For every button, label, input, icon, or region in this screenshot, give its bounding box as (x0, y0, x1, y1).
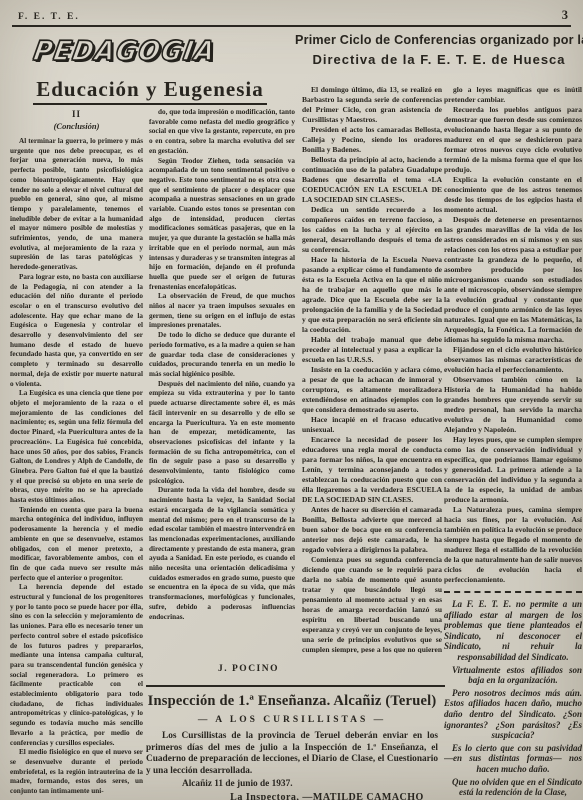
article-paragraph: Habla del trabajo manual que debe preced… (302, 335, 442, 365)
article-paragraph: Observamos también cómo en la Historia d… (444, 375, 582, 435)
conference-column-1: El domingo último, día 13, se realizó en… (302, 85, 442, 653)
article-paragraph: Bellosta da principio al acto, haciendo … (302, 155, 442, 205)
editorial-paragraph: Pero nosotros decimos más aún. Estos afi… (444, 688, 582, 741)
article-headline-text: Educación y Eugenesia (33, 77, 267, 105)
article-paragraph: El domingo último, día 13, se realizó en… (302, 85, 442, 125)
article-paragraph: Para lograr esto, no basta con auxiliars… (10, 273, 143, 389)
inspection-subtitle: — A LOS CURSILLISTAS — (146, 715, 438, 725)
author-signature: J. POCINO (149, 664, 295, 674)
article-paragraph: Hay leyes pues, que se cumplen siempre c… (444, 435, 582, 505)
article-paragraph: El medio fisiológico en que el nuevo ser… (10, 748, 143, 797)
article-paragraph: Dedica un sentido recuerdo a los compañe… (302, 205, 442, 255)
inspection-signature: La Inspectora, —MATILDE CAMACHO (146, 792, 438, 800)
article-paragraph: do, que toda impresión o modificación, t… (149, 108, 295, 157)
article-paragraph: Antes de hacer su diserción el camarada … (302, 505, 442, 555)
article-paragraph: glo a leyes magníficas que es inútil pre… (444, 85, 582, 105)
inspection-title: Inspección de 1.ª Enseñanza. Alcañiz (Te… (146, 693, 438, 710)
page-number: 3 (562, 8, 568, 23)
inspection-section: Inspección de 1.ª Enseñanza. Alcañiz (Te… (146, 693, 438, 800)
article-paragraph: La observación de Freud, de que muchos n… (149, 292, 295, 331)
article-paragraph: Fijándose en el ciclo evolutivo históric… (444, 345, 582, 375)
article-paragraph: Al terminar la guerra, lo primero y más … (10, 137, 143, 273)
article-paragraph: Hace incapié en el fracaso educativo uni… (302, 415, 442, 435)
article-paragraph: Durante toda la vida del hombre, desde s… (149, 486, 295, 622)
editorial-paragraph: La F. E. T. E. no permite a un afiliado … (444, 599, 582, 663)
conference-title-line2: Directiva de la F. E. T. E. de Huesca (295, 52, 583, 67)
pedagogia-logo: PEDAGOGIA (31, 36, 218, 67)
conference-column-2: glo a leyes magníficas que es inútil pre… (444, 85, 582, 587)
inspection-body: Los Cursillistas de la provincia de Teru… (146, 731, 438, 777)
header-rule (12, 25, 571, 27)
article-paragraph: La Naturaleza pues, camina siempre hacia… (444, 505, 582, 585)
editorial-divider (444, 591, 582, 593)
article-paragraph: Según Teodor Ziehen, toda sensación va a… (149, 157, 295, 293)
editorial-note: La F. E. T. E. no permite a un afiliado … (444, 599, 582, 799)
editorial-paragraph: Virtualmente estos afiliados son baja en… (444, 665, 582, 686)
left-article-column-2: do, que toda impresión o modificación, t… (149, 108, 295, 662)
article-paragraph: Explica la evolución constante en el con… (444, 175, 582, 215)
article-paragraph: Recuerda los pueblos antiguos para demos… (444, 105, 582, 175)
inspection-dateline: Alcañiz 11 de junio de 1937. (146, 779, 438, 789)
article-paragraph: Teniendo en cuenta que para la buena mar… (10, 506, 143, 584)
article-headline: Educación y Eugenesia (8, 77, 292, 105)
article-paragraph: Después del nacimiento del niño, cuando … (149, 380, 295, 487)
article-paragraph: Después de detenerse en presentarnos las… (444, 215, 582, 345)
editorial-paragraph: Es lo cierto que con su pasividad —en su… (444, 743, 582, 775)
conference-title: Primer Ciclo de Conferencias organizado … (295, 33, 583, 67)
newspaper-page: F. E. T. E. 3 PEDAGOGIA Educación y Euge… (0, 0, 583, 800)
article-paragraph: La herencia depende del estado estructur… (10, 583, 143, 748)
article-paragraph: La Eugésica es una ciencia que tiene por… (10, 389, 143, 505)
editorial-paragraph: Que no olviden que en el Sindicato está … (444, 777, 582, 798)
article-paragraph: Encarece la necesidad de poseer los educ… (302, 435, 442, 505)
article-paragraph: Hace la historia de la Escuela Nueva pas… (302, 255, 442, 335)
article-paragraph: De todo lo dicho se deduce que durante e… (149, 331, 295, 380)
section-subtitle: (Conclusión) (10, 121, 143, 131)
article-paragraph: Presiden el acto los camaradas Bellosta,… (302, 125, 442, 155)
left-article-column-1: Al terminar la guerra, lo primero y más … (10, 137, 143, 800)
article-paragraph: Insiste en la coeducación y aclara cómo,… (302, 365, 442, 415)
article-paragraph: Comienza pues su segunda conferencia dic… (302, 555, 442, 653)
conference-title-line1: Primer Ciclo de Conferencias organizado … (295, 33, 583, 47)
section-number: II (10, 109, 143, 119)
masthead-title: F. E. T. E. (18, 12, 80, 22)
section-divider (146, 685, 445, 687)
